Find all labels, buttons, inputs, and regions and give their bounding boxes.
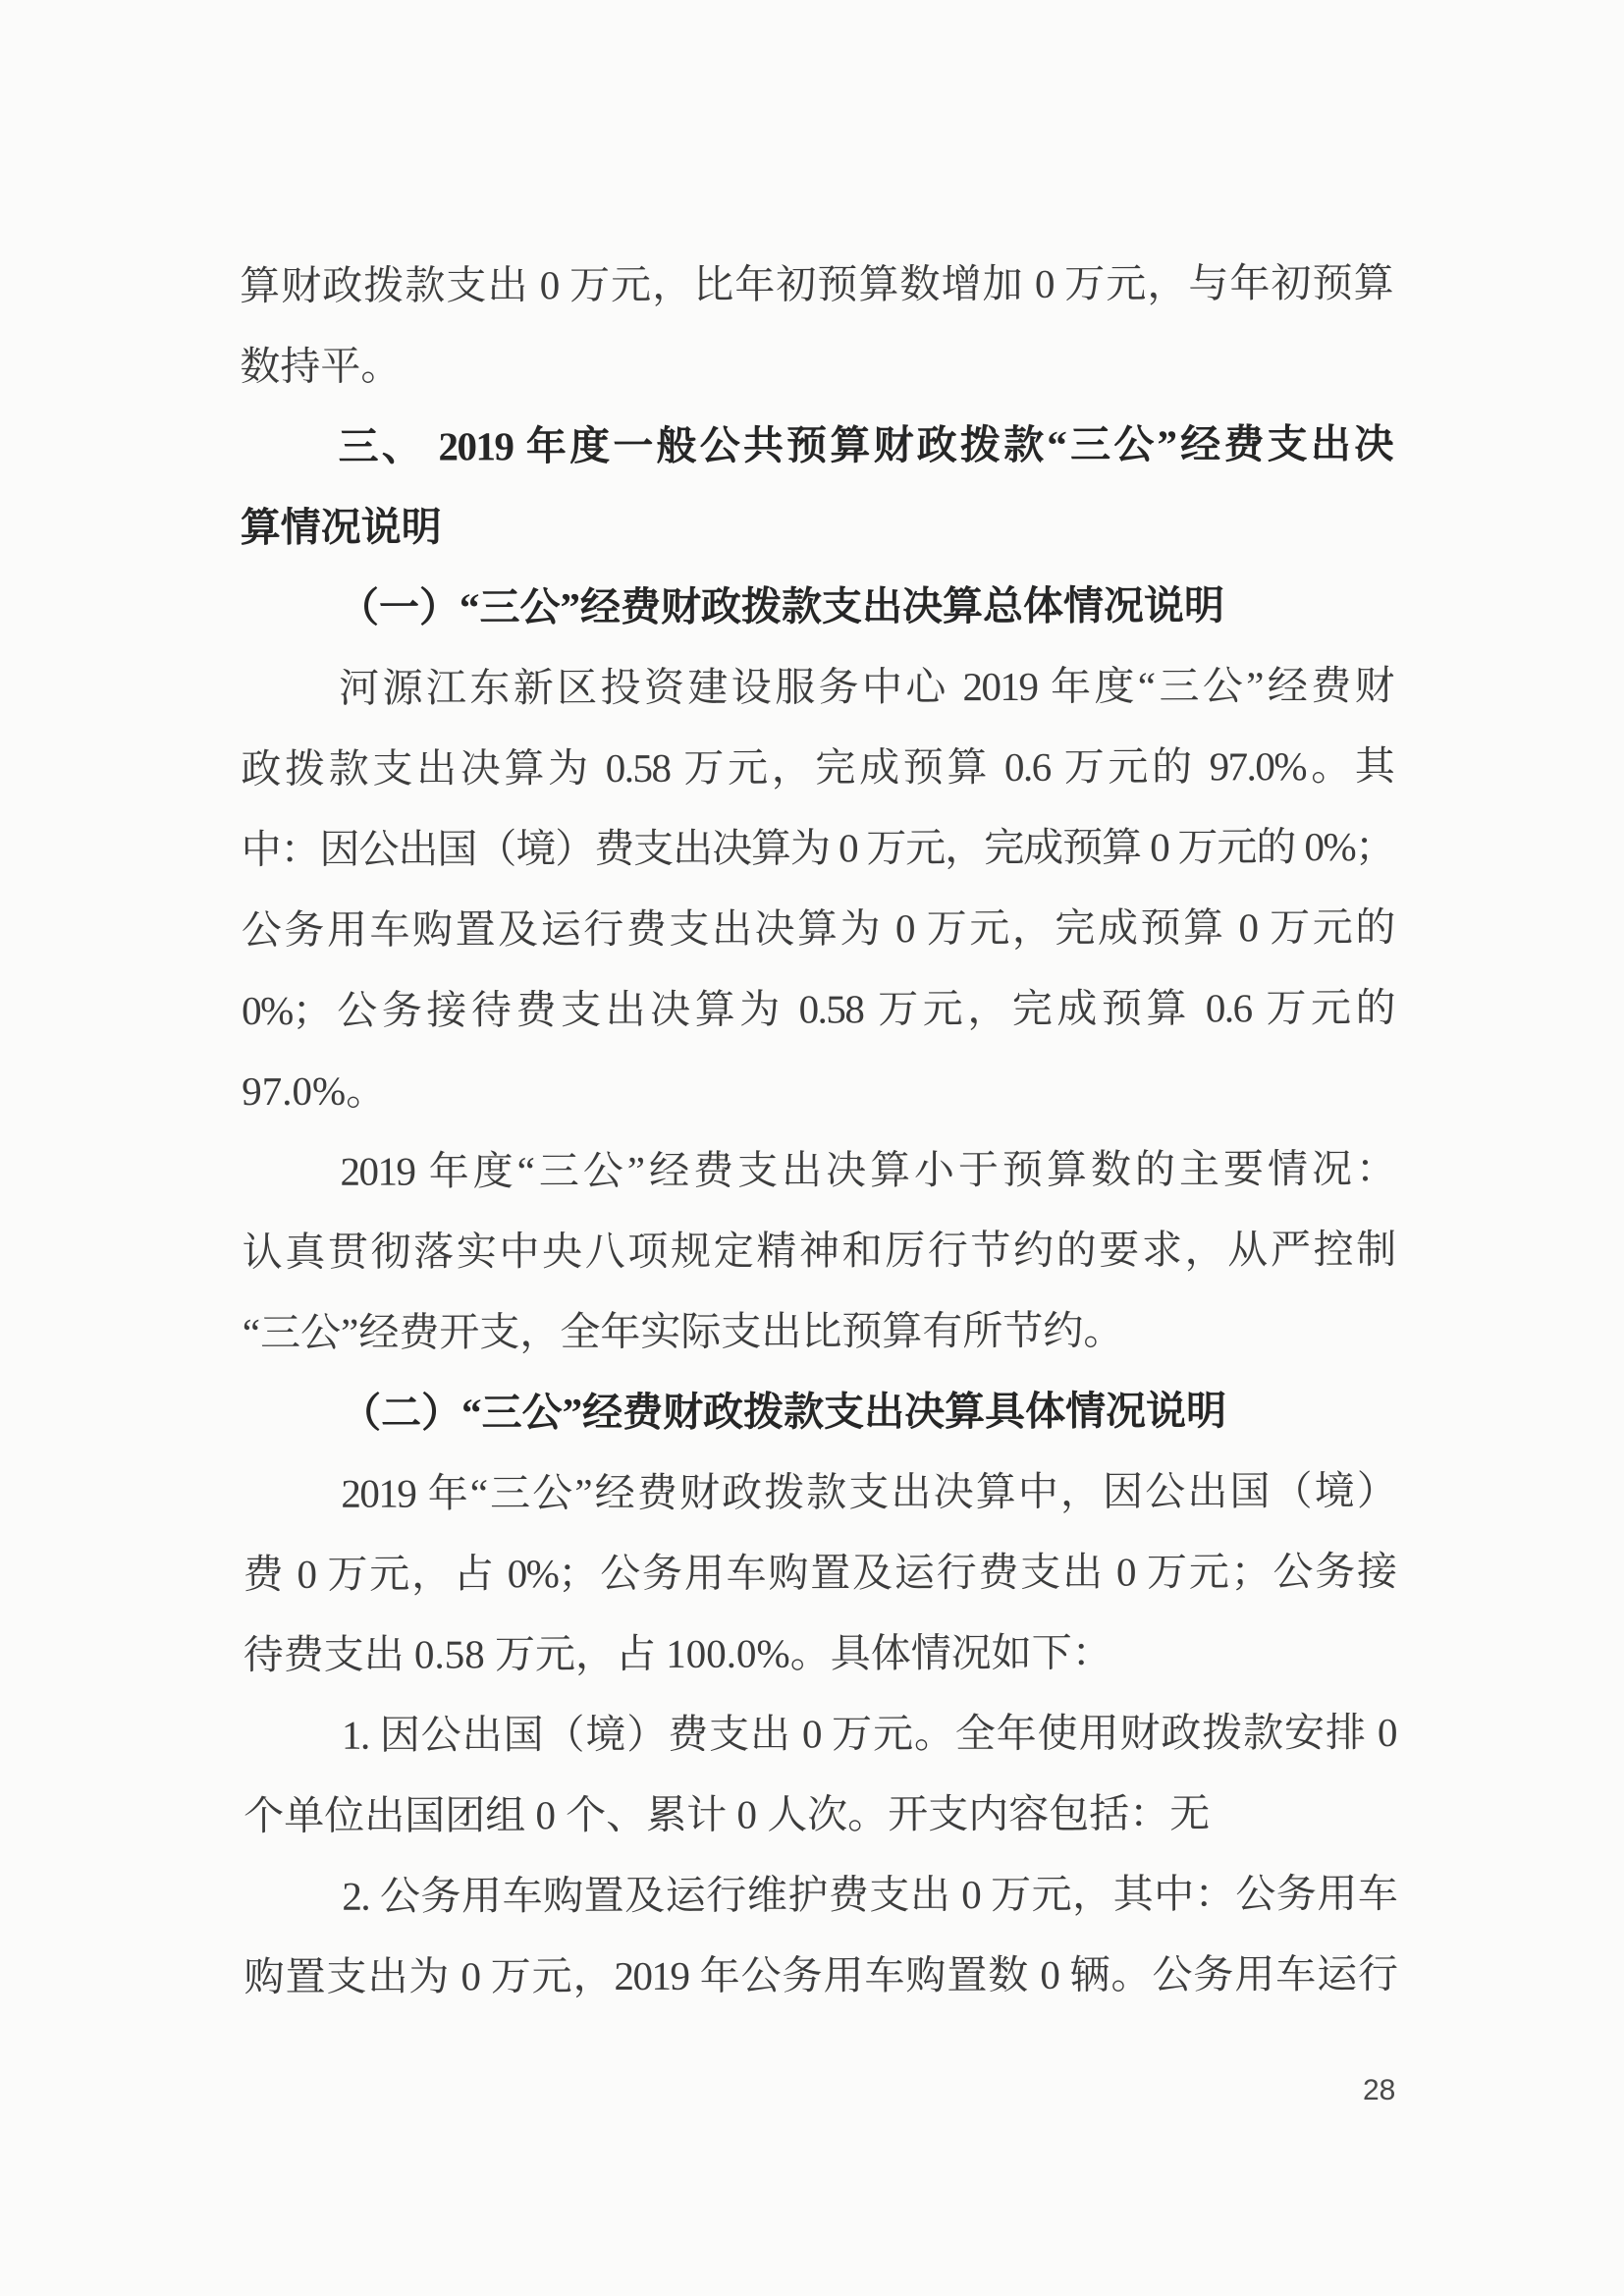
heading-line: 三、 2019 年度一般公共预算财政拨款“三公”经费支出决 bbox=[240, 404, 1392, 487]
text-line: 费 0 万元，占 0%；公务用车购置及运行费支出 0 万元；公务接 bbox=[243, 1531, 1395, 1614]
text-line: 算财政拨款支出 0 万元，比年初预算数增加 0 万元，与年初预算 bbox=[240, 243, 1392, 326]
heading-line: 算情况说明 bbox=[241, 484, 1393, 568]
text-line: 待费支出 0.58 万元，占 100.0%。具体情况如下： bbox=[244, 1612, 1396, 1695]
text-line: 97.0%。 bbox=[242, 1048, 1394, 1131]
text-line: 购置支出为 0 万元，2019 年公务用车购置数 0 辆。公务用车运行 bbox=[244, 1934, 1397, 2017]
text-line: 0%；公务接待费支出决算为 0.58 万元，完成预算 0.6 万元的 bbox=[242, 967, 1394, 1051]
heading-line: （二）“三公”经费财政拨款支出决算具体情况说明 bbox=[243, 1370, 1395, 1453]
text-line: 2019 年度“三公”经费支出决算小于预算数的主要情况： bbox=[242, 1128, 1394, 1212]
text-line: 政拨款支出决算为 0.58 万元，完成预算 0.6 万元的 97.0%。其 bbox=[241, 726, 1393, 809]
text-line: 河源江东新区投资建设服务中心 2019 年度“三公”经费财 bbox=[241, 645, 1393, 729]
page-number: 28 bbox=[1363, 2074, 1395, 2107]
text-line: 个单位出国团组 0 个、累计 0 人次。开支内容包括：无 bbox=[244, 1773, 1396, 1856]
text-line: 2. 公务用车购置及运行维护费支出 0 万元，其中：公务用车 bbox=[244, 1853, 1396, 1937]
text-line: 1. 因公出国（境）费支出 0 万元。全年使用财政拨款安排 0 bbox=[244, 1692, 1396, 1776]
text-line: 公务用车购置及运行费支出决算为 0 万元，完成预算 0 万元的 bbox=[242, 887, 1394, 970]
text-block: 算财政拨款支出 0 万元，比年初预算数增加 0 万元，与年初预算数持平。三、 2… bbox=[240, 243, 1397, 2017]
text-line: “三公”经费开支，全年实际支出比预算有所节约。 bbox=[243, 1289, 1395, 1373]
document-page: 算财政拨款支出 0 万元，比年初预算数增加 0 万元，与年初预算数持平。三、 2… bbox=[0, 0, 1624, 2296]
text-line: 数持平。 bbox=[240, 323, 1392, 407]
text-line: 2019 年“三公”经费财政拨款支出决算中，因公出国（境） bbox=[243, 1450, 1395, 1534]
text-line: 中：因公出国（境）费支出决算为 0 万元，完成预算 0 万元的 0%； bbox=[242, 806, 1394, 890]
text-line: 认真贯彻落实中央八项规定精神和厉行节约的要求，从严控制 bbox=[243, 1209, 1395, 1292]
heading-line: （一）“三公”经费财政拨款支出决算总体情况说明 bbox=[241, 565, 1393, 648]
